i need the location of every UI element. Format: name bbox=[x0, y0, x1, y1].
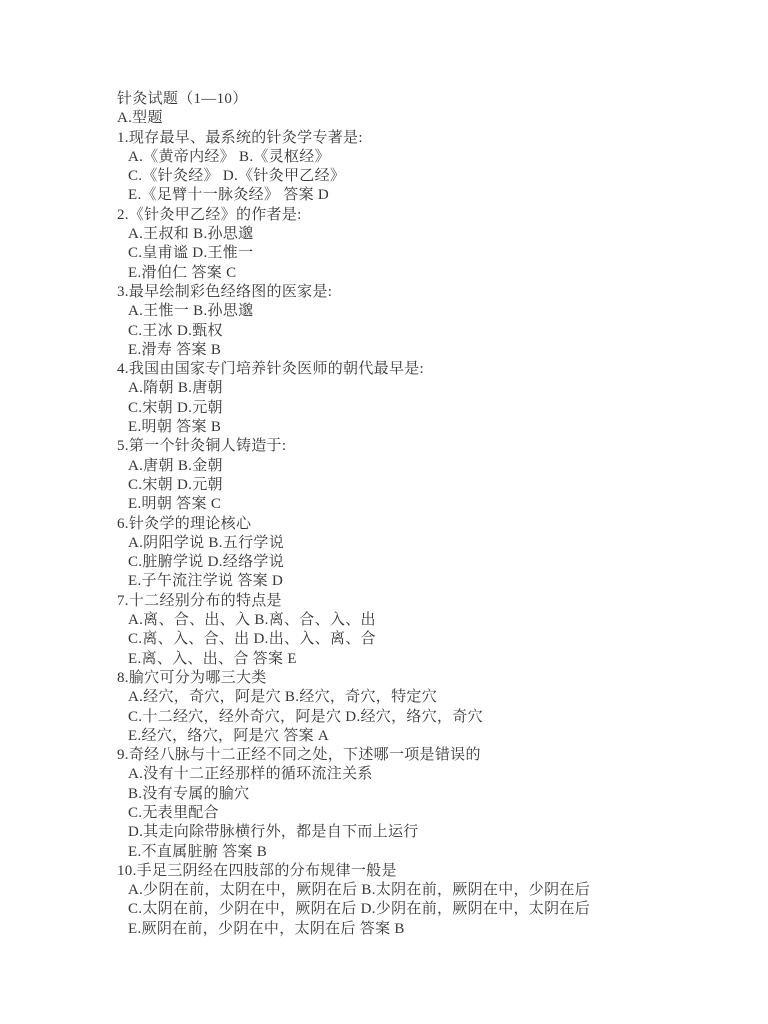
question-block: 1.现存最早、最系统的针灸学专著是:A.《黄帝内经》 B.《灵枢经》C.《针灸经… bbox=[117, 129, 697, 206]
question-block: 8.腧穴可分为哪三大类A.经穴，奇穴，阿是穴 B.经穴，奇穴，特定穴C.十二经穴… bbox=[117, 669, 697, 746]
option-line: A.没有十二正经那样的循环流注关系 bbox=[117, 765, 697, 784]
option-line: E.子午流注学说 答案 D bbox=[117, 572, 697, 591]
option-line: C.宋朝 D.元朝 bbox=[117, 399, 697, 418]
question-block: 2.《针灸甲乙经》的作者是:A.王叔和 B.孙思邈C.皇甫谧 D.王惟一E.滑伯… bbox=[117, 206, 697, 283]
option-line: B.没有专属的腧穴 bbox=[117, 785, 697, 804]
question-list: 1.现存最早、最系统的针灸学专著是:A.《黄帝内经》 B.《灵枢经》C.《针灸经… bbox=[117, 129, 697, 939]
option-line: D.其走向除带脉横行外，都是自下而上运行 bbox=[117, 823, 697, 842]
question-stem: 6.针灸学的理论核心 bbox=[117, 515, 697, 534]
question-block: 7.十二经别分布的特点是A.离、合、出、入 B.离、合、入、出C.离、入、合、出… bbox=[117, 592, 697, 669]
option-line: A.阴阳学说 B.五行学说 bbox=[117, 534, 697, 553]
question-block: 9.奇经八脉与十二正经不同之处，下述哪一项是错误的A.没有十二正经那样的循环流注… bbox=[117, 746, 697, 862]
option-line: E.不直属脏腑 答案 B bbox=[117, 843, 697, 862]
option-line: E.离、入、出、合 答案 E bbox=[117, 650, 697, 669]
option-line: E.《足臂十一脉灸经》 答案 D bbox=[117, 186, 697, 205]
option-line: A.王叔和 B.孙思邈 bbox=[117, 225, 697, 244]
option-line: E.明朝 答案 B bbox=[117, 418, 697, 437]
document-page: 针灸试题（1—10） A.型题 1.现存最早、最系统的针灸学专著是:A.《黄帝内… bbox=[117, 90, 697, 939]
option-line: A.王惟一 B.孙思邈 bbox=[117, 302, 697, 321]
option-line: C.脏腑学说 D.经络学说 bbox=[117, 553, 697, 572]
question-block: 5.第一个针灸铜人铸造于:A.唐朝 B.金朝C.宋朝 D.元朝E.明朝 答案 C bbox=[117, 437, 697, 514]
option-line: A.经穴，奇穴，阿是穴 B.经穴，奇穴，特定穴 bbox=[117, 688, 697, 707]
question-stem: 7.十二经别分布的特点是 bbox=[117, 592, 697, 611]
option-line: C.离、入、合、出 D.出、入、离、合 bbox=[117, 630, 697, 649]
option-line: C.皇甫谧 D.王惟一 bbox=[117, 244, 697, 263]
option-line: A.离、合、出、入 B.离、合、入、出 bbox=[117, 611, 697, 630]
option-line: A.隋朝 B.唐朝 bbox=[117, 379, 697, 398]
option-line: E.滑寿 答案 B bbox=[117, 341, 697, 360]
question-stem: 3.最早绘制彩色经络图的医家是: bbox=[117, 283, 697, 302]
option-line: E.经穴，络穴，阿是穴 答案 A bbox=[117, 727, 697, 746]
option-line: C.宋朝 D.元朝 bbox=[117, 476, 697, 495]
question-block: 3.最早绘制彩色经络图的医家是:A.王惟一 B.孙思邈C.王冰 D.甄权E.滑寿… bbox=[117, 283, 697, 360]
document-title: 针灸试题（1—10） bbox=[117, 90, 697, 109]
option-line: E.厥阴在前，少阴在中，太阴在后 答案 B bbox=[117, 920, 697, 939]
question-stem: 4.我国由国家专门培养针灸医师的朝代最早是: bbox=[117, 360, 697, 379]
question-stem: 5.第一个针灸铜人铸造于: bbox=[117, 437, 697, 456]
question-stem: 9.奇经八脉与十二正经不同之处，下述哪一项是错误的 bbox=[117, 746, 697, 765]
option-line: A.《黄帝内经》 B.《灵枢经》 bbox=[117, 148, 697, 167]
question-stem: 2.《针灸甲乙经》的作者是: bbox=[117, 206, 697, 225]
option-line: C.十二经穴，经外奇穴，阿是穴 D.经穴，络穴，奇穴 bbox=[117, 708, 697, 727]
section-heading: A.型题 bbox=[117, 109, 697, 128]
option-line: C.太阴在前，少阴在中，厥阴在后 D.少阴在前，厥阴在中，太阴在后 bbox=[117, 900, 697, 919]
question-block: 6.针灸学的理论核心A.阴阳学说 B.五行学说C.脏腑学说 D.经络学说E.子午… bbox=[117, 515, 697, 592]
option-line: E.明朝 答案 C bbox=[117, 495, 697, 514]
question-stem: 10.手足三阴经在四肢部的分布规律一般是 bbox=[117, 862, 697, 881]
option-line: C.《针灸经》 D.《针灸甲乙经》 bbox=[117, 167, 697, 186]
option-line: C.无表里配合 bbox=[117, 804, 697, 823]
option-line: A.唐朝 B.金朝 bbox=[117, 457, 697, 476]
question-block: 4.我国由国家专门培养针灸医师的朝代最早是:A.隋朝 B.唐朝C.宋朝 D.元朝… bbox=[117, 360, 697, 437]
question-stem: 1.现存最早、最系统的针灸学专著是: bbox=[117, 129, 697, 148]
question-stem: 8.腧穴可分为哪三大类 bbox=[117, 669, 697, 688]
option-line: C.王冰 D.甄权 bbox=[117, 322, 697, 341]
option-line: A.少阴在前，太阴在中，厥阴在后 B.太阴在前，厥阴在中，少阴在后 bbox=[117, 881, 697, 900]
question-block: 10.手足三阴经在四肢部的分布规律一般是A.少阴在前，太阴在中，厥阴在后 B.太… bbox=[117, 862, 697, 939]
option-line: E.滑伯仁 答案 C bbox=[117, 264, 697, 283]
